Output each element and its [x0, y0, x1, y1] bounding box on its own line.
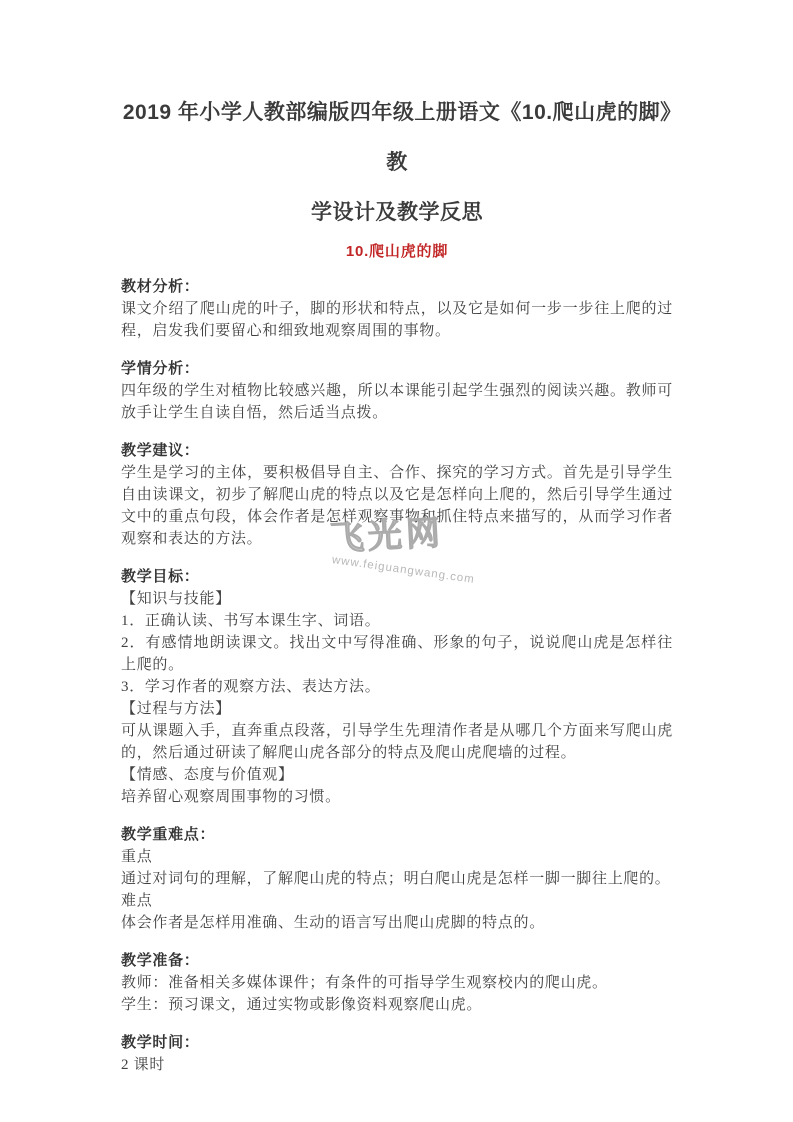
document-section: 教学建议： 学生是学习的主体，要积极倡导自主、合作、探究的学习方式。首先是引导学…: [121, 440, 673, 550]
section-heading: 教学准备：: [121, 950, 673, 972]
section-paragraph: 重点: [121, 846, 673, 868]
section-paragraph: 体会作者是怎样用准确、生动的语言写出爬山虎脚的特点的。: [121, 912, 673, 934]
section-paragraph: 学生是学习的主体，要积极倡导自主、合作、探究的学习方式。首先是引导学生自由读课文…: [121, 462, 673, 550]
section-heading: 教学目标：: [121, 566, 673, 588]
section-paragraph: 【过程与方法】: [121, 698, 673, 720]
section-heading: 教学重难点：: [121, 824, 673, 846]
section-paragraph: 教师：准备相关多媒体课件；有条件的可指导学生观察校内的爬山虎。: [121, 972, 673, 994]
section-heading: 教学时间：: [121, 1032, 673, 1054]
document-page: 2019 年小学人教部编版四年级上册语文《10.爬山虎的脚》教 学设计及教学反思…: [0, 0, 793, 1122]
section-paragraph: 2 课时: [121, 1054, 673, 1076]
section-paragraph: 难点: [121, 890, 673, 912]
document-section: 教材分析： 课文介绍了爬山虎的叶子，脚的形状和特点，以及它是如何一步一步往上爬的…: [121, 276, 673, 342]
section-paragraph: 2．有感情地朗读课文。找出文中写得准确、形象的句子，说说爬山虎是怎样往上爬的。: [121, 632, 673, 676]
document-section: 教学目标： 【知识与技能】1．正确认读、书写本课生字、词语。2．有感情地朗读课文…: [121, 566, 673, 808]
section-paragraph: 1．正确认读、书写本课生字、词语。: [121, 610, 673, 632]
lesson-title: 爬山虎的脚: [369, 244, 448, 260]
section-paragraph: 四年级的学生对植物比较感兴趣，所以本课能引起学生强烈的阅读兴趣。教师可放手让学生…: [121, 380, 673, 424]
section-paragraph: 【知识与技能】: [121, 588, 673, 610]
section-paragraph: 3．学习作者的观察方法、表达方法。: [121, 676, 673, 698]
sections-container: 教材分析： 课文介绍了爬山虎的叶子，脚的形状和特点，以及它是如何一步一步往上爬的…: [121, 276, 673, 1076]
section-paragraph: 【情感、态度与价值观】: [121, 764, 673, 786]
section-paragraph: 可从课题入手，直奔重点段落，引导学生先理清作者是从哪几个方面来写爬山虎的，然后通…: [121, 720, 673, 764]
document-section: 教学重难点： 重点通过对词句的理解，了解爬山虎的特点；明白爬山虎是怎样一脚一脚往…: [121, 824, 673, 934]
lesson-subtitle: 10.爬山虎的脚: [121, 240, 673, 264]
document-section: 学情分析： 四年级的学生对植物比较感兴趣，所以本课能引起学生强烈的阅读兴趣。教师…: [121, 358, 673, 424]
document-section: 教学准备： 教师：准备相关多媒体课件；有条件的可指导学生观察校内的爬山虎。学生：…: [121, 950, 673, 1016]
section-heading: 教材分析：: [121, 276, 673, 298]
section-heading: 教学建议：: [121, 440, 673, 462]
document-title-line-2: 学设计及教学反思: [121, 188, 673, 238]
lesson-number: 10.: [346, 243, 369, 260]
section-paragraph: 培养留心观察周围事物的习惯。: [121, 786, 673, 808]
section-heading: 学情分析：: [121, 358, 673, 380]
document-content: 2019 年小学人教部编版四年级上册语文《10.爬山虎的脚》教 学设计及教学反思…: [121, 88, 673, 1076]
section-paragraph: 通过对词句的理解，了解爬山虎的特点；明白爬山虎是怎样一脚一脚往上爬的。: [121, 868, 673, 890]
document-title: 2019 年小学人教部编版四年级上册语文《10.爬山虎的脚》教 学设计及教学反思: [121, 88, 673, 238]
section-paragraph: 学生：预习课文，通过实物或影像资料观察爬山虎。: [121, 994, 673, 1016]
document-title-line-1: 2019 年小学人教部编版四年级上册语文《10.爬山虎的脚》教: [121, 88, 673, 188]
document-section: 教学时间： 2 课时: [121, 1032, 673, 1076]
section-paragraph: 课文介绍了爬山虎的叶子，脚的形状和特点，以及它是如何一步一步往上爬的过程，启发我…: [121, 298, 673, 342]
